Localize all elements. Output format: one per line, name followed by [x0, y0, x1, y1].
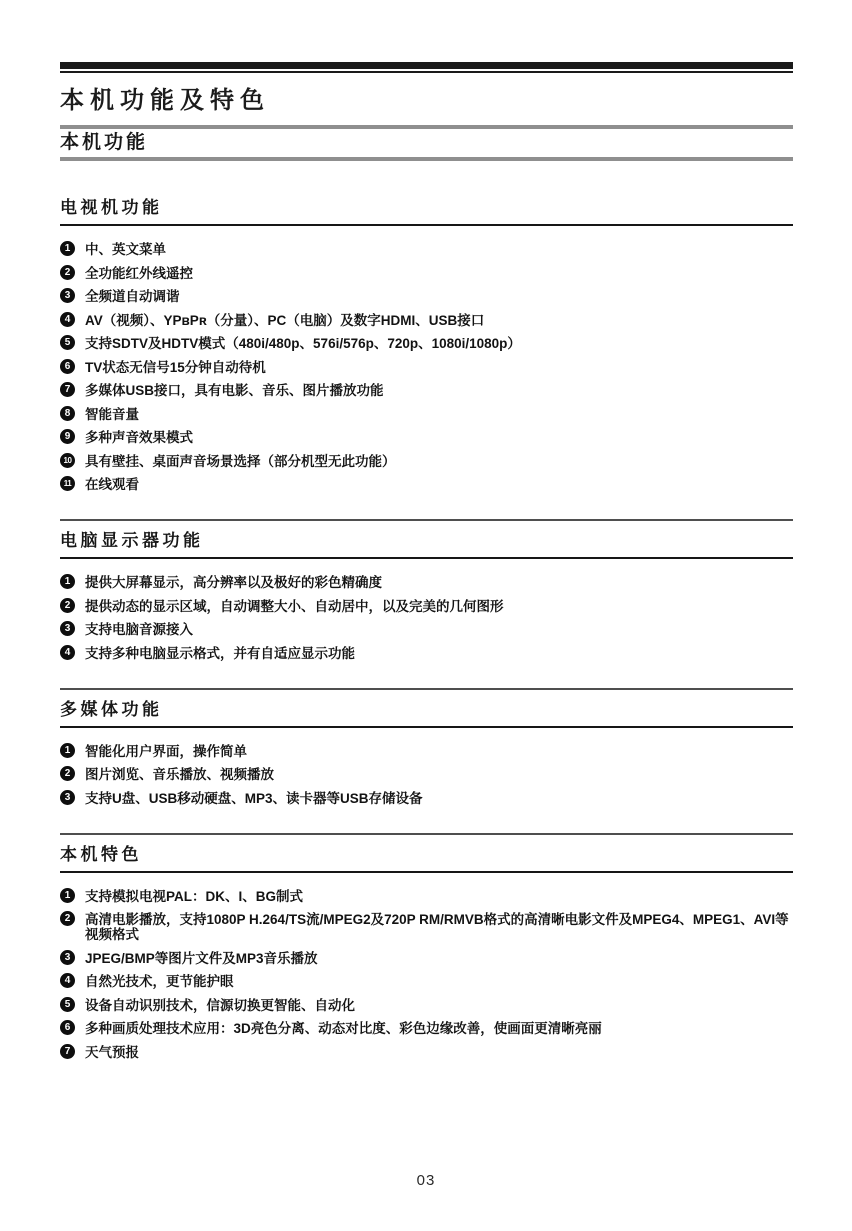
- item-number-badge: 4: [60, 645, 75, 660]
- item-number-badge: 2: [60, 265, 75, 280]
- feature-section: 本机特色1支持模拟电视PAL：DK、I、BG制式2高清电影播放，支持1080P …: [60, 833, 793, 1060]
- feature-list: 1智能化用户界面，操作简单2图片浏览、音乐播放、视频播放3支持U盘、USB移动硬…: [60, 743, 793, 806]
- item-text: 具有壁挂、桌面声音场景选择（部分机型无此功能）: [85, 453, 793, 469]
- feature-list: 1提供大屏幕显示，高分辨率以及极好的彩色精确度2提供动态的显示区域，自动调整大小…: [60, 574, 793, 661]
- page-title: 本机功能及特色: [60, 86, 793, 116]
- feature-item: 5支持SDTV及HDTV模式（480i/480p、576i/576p、720p、…: [60, 335, 793, 351]
- item-number-badge: 2: [60, 598, 75, 613]
- item-number-badge: 10: [60, 453, 75, 468]
- feature-item: 2高清电影播放，支持1080P H.264/TS流/MPEG2及720P RM/…: [60, 911, 793, 942]
- item-text: 支持电脑音源接入: [85, 621, 793, 637]
- feature-section: 电视机功能1中、英文菜单2全功能红外线遥控3全频道自动调谐4AV（视频）、YPʙ…: [60, 195, 793, 492]
- item-number-badge: 7: [60, 1044, 75, 1059]
- item-number-badge: 6: [60, 1020, 75, 1035]
- item-text: 全频道自动调谐: [85, 288, 793, 304]
- page-number: 03: [0, 1172, 852, 1189]
- item-text: JPEG/BMP等图片文件及MP3音乐播放: [85, 950, 793, 966]
- section-banner-label: 本机功能: [60, 130, 793, 155]
- feature-list: 1支持模拟电视PAL：DK、I、BG制式2高清电影播放，支持1080P H.26…: [60, 888, 793, 1060]
- feature-item: 11在线观看: [60, 476, 793, 492]
- item-text: 高清电影播放，支持1080P H.264/TS流/MPEG2及720P RM/R…: [85, 911, 793, 942]
- item-text: TV状态无信号15分钟自动待机: [85, 359, 793, 375]
- item-number-badge: 6: [60, 359, 75, 374]
- feature-item: 3支持电脑音源接入: [60, 621, 793, 637]
- item-number-badge: 4: [60, 973, 75, 988]
- top-double-rule: [60, 62, 793, 73]
- feature-item: 1提供大屏幕显示，高分辨率以及极好的彩色精确度: [60, 574, 793, 590]
- item-text: 多媒体USB接口，具有电影、音乐、图片播放功能: [85, 382, 793, 398]
- section-banner: 本机功能: [60, 125, 793, 161]
- feature-item: 3JPEG/BMP等图片文件及MP3音乐播放: [60, 950, 793, 966]
- item-number-badge: 1: [60, 574, 75, 589]
- item-text: 多种画质处理技术应用：3D亮色分离、动态对比度、彩色边缘改善，使画面更清晰亮丽: [85, 1020, 793, 1036]
- item-text: 天气预报: [85, 1044, 793, 1060]
- item-number-badge: 11: [60, 476, 75, 491]
- manual-page: 本机功能及特色 本机功能 电视机功能1中、英文菜单2全功能红外线遥控3全频道自动…: [0, 0, 852, 1231]
- feature-list: 1中、英文菜单2全功能红外线遥控3全频道自动调谐4AV（视频）、YPʙPʀ（分量…: [60, 241, 793, 492]
- item-number-badge: 4: [60, 312, 75, 327]
- item-text: 在线观看: [85, 476, 793, 492]
- item-text: 全功能红外线遥控: [85, 265, 793, 281]
- feature-item: 7天气预报: [60, 1044, 793, 1060]
- feature-item: 3支持U盘、USB移动硬盘、MP3、读卡器等USB存储设备: [60, 790, 793, 806]
- feature-item: 7多媒体USB接口，具有电影、音乐、图片播放功能: [60, 382, 793, 398]
- feature-item: 2提供动态的显示区域，自动调整大小、自动居中，以及完美的几何图形: [60, 598, 793, 614]
- item-text: 多种声音效果模式: [85, 429, 793, 445]
- item-text: 提供动态的显示区域，自动调整大小、自动居中，以及完美的几何图形: [85, 598, 793, 614]
- feature-item: 10具有壁挂、桌面声音场景选择（部分机型无此功能）: [60, 453, 793, 469]
- feature-item: 8智能音量: [60, 406, 793, 422]
- item-number-badge: 1: [60, 241, 75, 256]
- feature-item: 1智能化用户界面，操作简单: [60, 743, 793, 759]
- item-number-badge: 8: [60, 406, 75, 421]
- section-heading: 多媒体功能: [60, 688, 793, 728]
- feature-section: 多媒体功能1智能化用户界面，操作简单2图片浏览、音乐播放、视频播放3支持U盘、U…: [60, 688, 793, 806]
- feature-item: 2全功能红外线遥控: [60, 265, 793, 281]
- item-text: AV（视频）、YPʙPʀ（分量）、PC（电脑）及数字HDMI、USB接口: [85, 312, 793, 328]
- feature-item: 9多种声音效果模式: [60, 429, 793, 445]
- item-number-badge: 3: [60, 790, 75, 805]
- item-number-badge: 3: [60, 950, 75, 965]
- item-number-badge: 3: [60, 288, 75, 303]
- feature-item: 6TV状态无信号15分钟自动待机: [60, 359, 793, 375]
- feature-item: 1支持模拟电视PAL：DK、I、BG制式: [60, 888, 793, 904]
- top-rule-thick: [60, 62, 793, 69]
- feature-item: 1中、英文菜单: [60, 241, 793, 257]
- feature-item: 2图片浏览、音乐播放、视频播放: [60, 766, 793, 782]
- item-text: 智能音量: [85, 406, 793, 422]
- item-text: 支持U盘、USB移动硬盘、MP3、读卡器等USB存储设备: [85, 790, 793, 806]
- section-heading: 本机特色: [60, 833, 793, 873]
- item-number-badge: 5: [60, 335, 75, 350]
- item-text: 支持SDTV及HDTV模式（480i/480p、576i/576p、720p、1…: [85, 335, 793, 351]
- item-text: 设备自动识别技术，信源切换更智能、自动化: [85, 997, 793, 1013]
- top-rule-thin: [60, 71, 793, 73]
- item-number-badge: 3: [60, 621, 75, 636]
- feature-item: 4支持多种电脑显示格式，并有自适应显示功能: [60, 645, 793, 661]
- feature-item: 5设备自动识别技术，信源切换更智能、自动化: [60, 997, 793, 1013]
- item-number-badge: 2: [60, 766, 75, 781]
- item-text: 中、英文菜单: [85, 241, 793, 257]
- section-heading: 电视机功能: [60, 195, 793, 226]
- item-text: 智能化用户界面，操作简单: [85, 743, 793, 759]
- feature-sections: 电视机功能1中、英文菜单2全功能红外线遥控3全频道自动调谐4AV（视频）、YPʙ…: [60, 195, 793, 1060]
- feature-item: 6多种画质处理技术应用：3D亮色分离、动态对比度、彩色边缘改善，使画面更清晰亮丽: [60, 1020, 793, 1036]
- feature-item: 4AV（视频）、YPʙPʀ（分量）、PC（电脑）及数字HDMI、USB接口: [60, 312, 793, 328]
- feature-item: 4自然光技术，更节能护眼: [60, 973, 793, 989]
- item-number-badge: 5: [60, 997, 75, 1012]
- feature-item: 3全频道自动调谐: [60, 288, 793, 304]
- content-area: 本机功能及特色 本机功能 电视机功能1中、英文菜单2全功能红外线遥控3全频道自动…: [60, 0, 793, 1067]
- feature-section: 电脑显示器功能1提供大屏幕显示，高分辨率以及极好的彩色精确度2提供动态的显示区域…: [60, 519, 793, 661]
- item-number-badge: 1: [60, 743, 75, 758]
- item-text: 支持模拟电视PAL：DK、I、BG制式: [85, 888, 793, 904]
- item-number-badge: 7: [60, 382, 75, 397]
- item-number-badge: 1: [60, 888, 75, 903]
- item-text: 图片浏览、音乐播放、视频播放: [85, 766, 793, 782]
- item-number-badge: 9: [60, 429, 75, 444]
- item-text: 自然光技术，更节能护眼: [85, 973, 793, 989]
- section-heading: 电脑显示器功能: [60, 519, 793, 559]
- item-text: 支持多种电脑显示格式，并有自适应显示功能: [85, 645, 793, 661]
- item-text: 提供大屏幕显示，高分辨率以及极好的彩色精确度: [85, 574, 793, 590]
- item-number-badge: 2: [60, 911, 75, 926]
